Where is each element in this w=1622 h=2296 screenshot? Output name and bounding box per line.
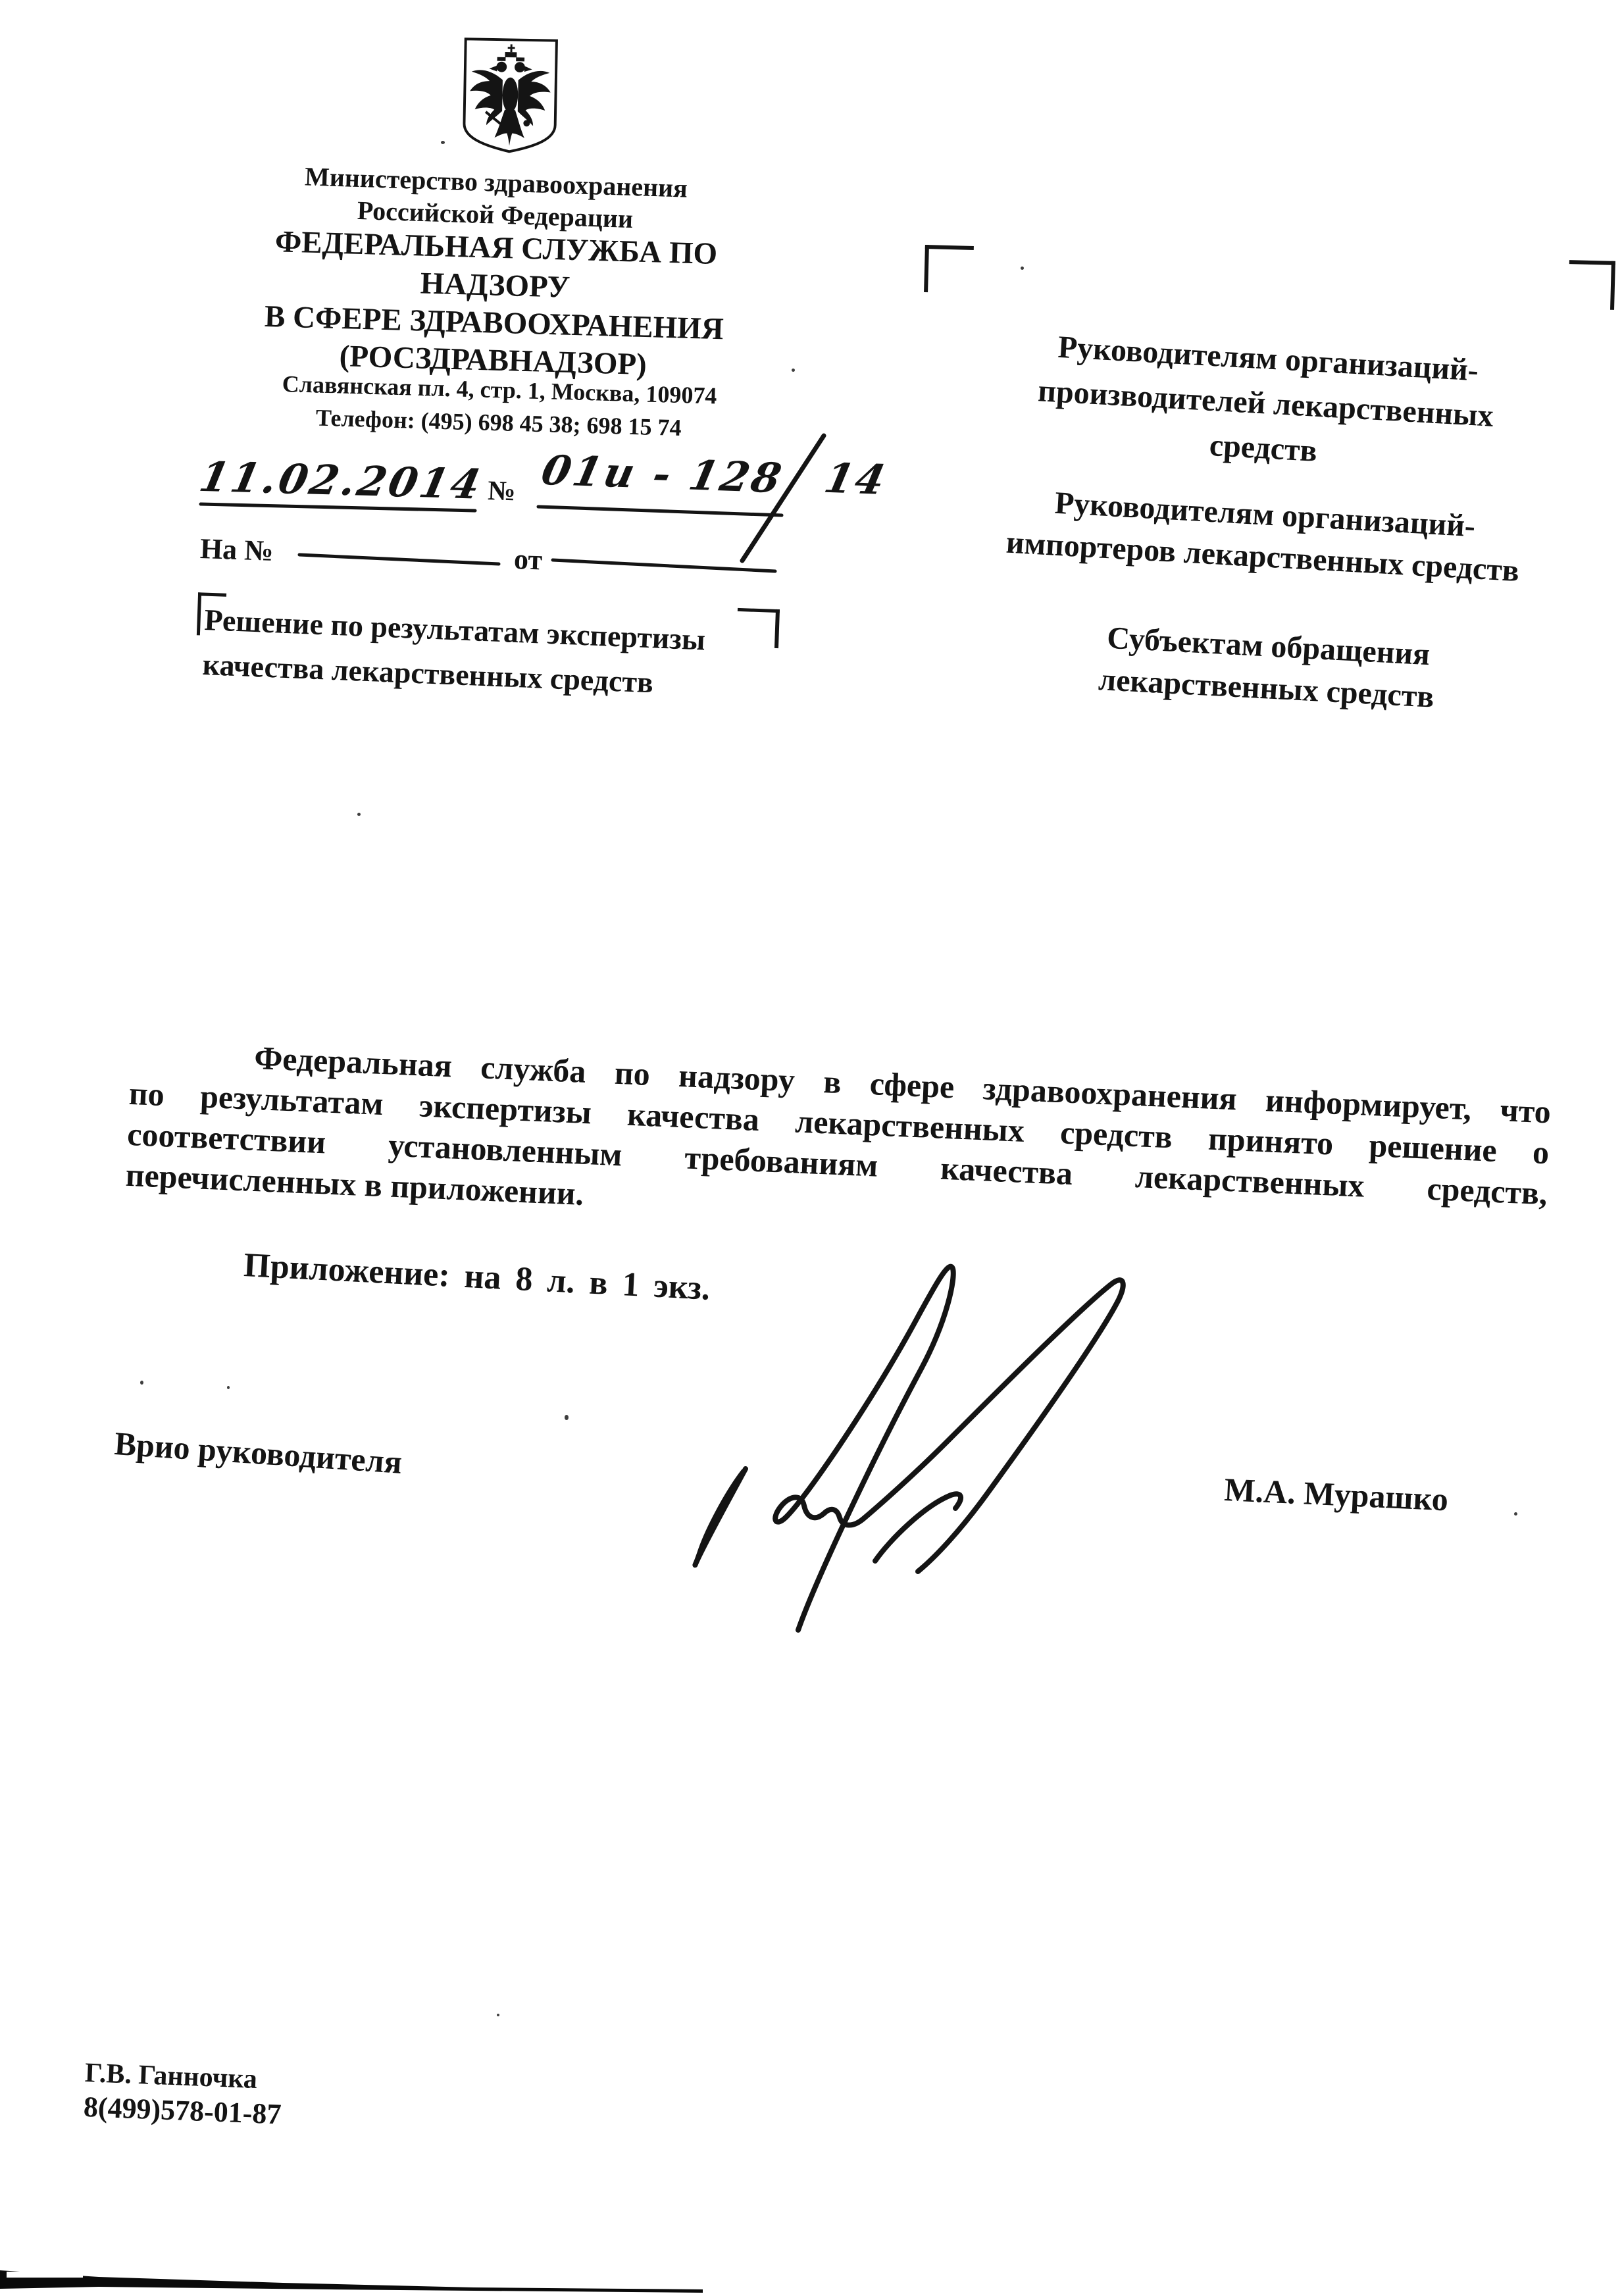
subject-block: Решение по результатам экспертизы качест… [202,598,707,707]
signer-position-title: Врио руководителя [113,1424,403,1481]
reply-number-underline [299,555,499,564]
scan-speck [1514,1512,1517,1516]
executor-block: Г.В. Ганночка 8(499)578-01-87 [83,2056,283,2131]
reply-date-underline [553,560,775,571]
outgoing-date-handwritten: 11.02.2014 [195,453,487,509]
reply-from-label: от [513,542,543,576]
scan-speck [792,369,795,372]
scan-speck [140,1381,143,1385]
scan-speck [565,1415,569,1420]
signer-name: М.А. Мурашко [1223,1470,1449,1518]
number-underline [538,507,782,515]
scan-speck [1021,267,1024,270]
reply-to-label: На № [199,532,274,568]
body-paragraph: Федеральная служба по надзору в сфере зд… [125,1032,1552,1254]
recipient-block-circulation-subjects: Субъектам обращения лекарственных средст… [982,611,1552,725]
executor-phone: 8(499)578-01-87 [83,2090,282,2132]
outgoing-number-suffix-handwritten: 14 [821,454,892,504]
scanned-letter-page: { "letterhead": { "ministry_line1": "Мин… [0,0,1622,2296]
service-name: ФЕДЕРАЛЬНАЯ СЛУЖБА ПО НАДЗОРУ В СФЕРЕ ЗД… [193,221,796,388]
coat-of-arms-icon [457,33,563,157]
letterhead-address-block: Славянская пл. 4, стр. 1, Москва, 109074… [232,366,766,447]
subject-corner-mark-right [736,608,780,648]
recipient-block-manufacturers: Руководителям организаций- производителе… [960,320,1572,488]
scan-speck [497,2014,499,2016]
coat-of-arms-icon [457,33,563,157]
recipients-corner-mark-left [924,245,974,293]
recipients-corner-mark-right [1568,260,1615,310]
attachment-note: Приложение: на 8 л. в 1 экз. [243,1246,711,1308]
number-sign-label: № [487,475,516,507]
scan-speck [227,1386,230,1389]
recipient-block-importers: Руководителям организаций- импортеров ле… [950,476,1579,596]
outgoing-number-handwritten: 01и - 128 [538,446,788,502]
scan-speck [357,813,361,816]
handwritten-signature-icon [695,1267,1123,1630]
scan-speck [441,141,445,144]
scan-artifact-bottom-edge [0,2270,703,2293]
